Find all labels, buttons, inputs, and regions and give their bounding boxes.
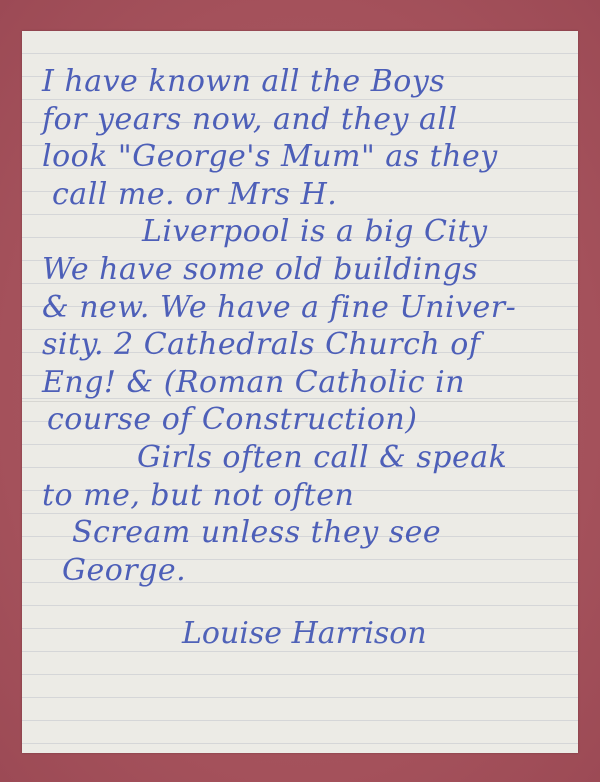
letter-body: I have known all the Boys for years now,… <box>42 63 568 589</box>
letter-line: George. <box>42 552 568 590</box>
letter-line: Girls often call & speak <box>42 439 568 477</box>
letter-line: call me. or Mrs H. <box>42 176 568 214</box>
signature: Louise Harrison <box>182 616 427 651</box>
letter-line: I have known all the Boys <box>42 63 568 101</box>
letter-line: course of Construction) <box>42 401 568 439</box>
letter-line: to me, but not often <box>42 477 568 515</box>
letter-line: Liverpool is a big City <box>42 213 568 251</box>
letter-line: We have some old buildings <box>42 251 568 289</box>
letter-line: Eng! & (Roman Catholic in <box>42 364 568 402</box>
letter-line: Scream unless they see <box>42 514 568 552</box>
letter-line: for years now, and they all <box>42 101 568 139</box>
letter-line: & new. We have a fine Univer- <box>42 289 568 327</box>
letter-line: sity. 2 Cathedrals Church of <box>42 326 568 364</box>
letter-paper: I have known all the Boys for years now,… <box>22 31 578 753</box>
letter-line: look "George's Mum" as they <box>42 138 568 176</box>
